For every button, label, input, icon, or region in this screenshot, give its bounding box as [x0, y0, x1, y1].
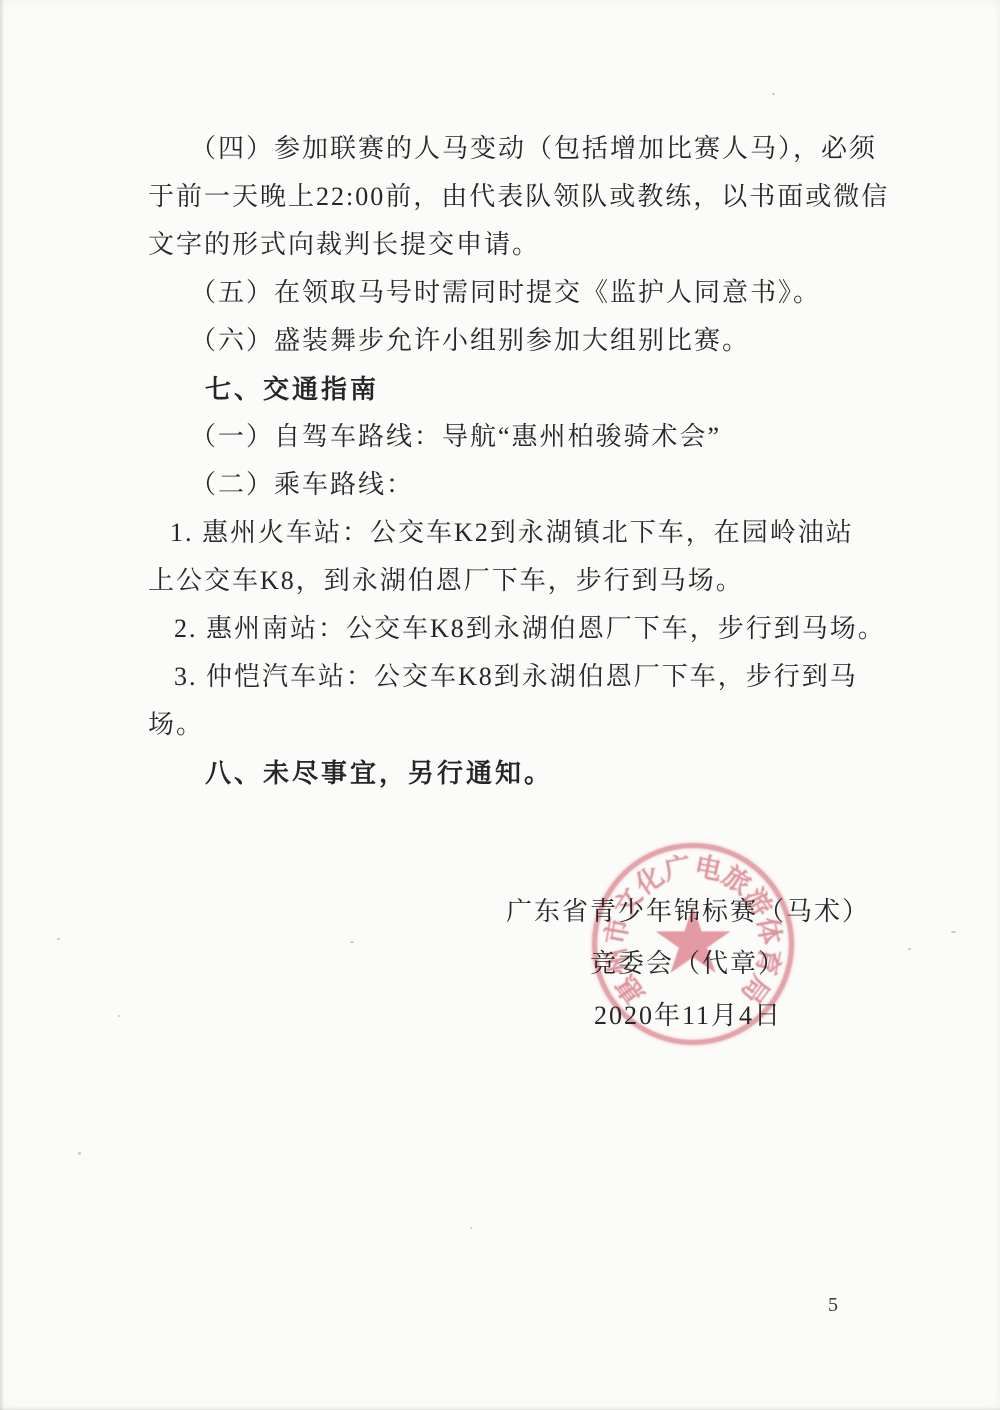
text-line: （二）乘车路线：: [148, 461, 878, 509]
seal-arc-char: 广: [660, 850, 696, 887]
scan-noise: [470, 1227, 472, 1229]
scan-noise: [118, 1015, 120, 1017]
signature-org-line: 广东省青少年锦标赛（马术）: [488, 886, 888, 938]
text-line: 2. 惠州南站：公交车K8到永湖伯恩厂下车，步行到马场。: [148, 605, 878, 653]
document-page: （四）参加联赛的人马变动（包括增加比赛人马），必须于前一天晚上22:00前，由代…: [0, 0, 1000, 1410]
scan-noise: [350, 941, 354, 943]
scan-noise: [78, 1152, 81, 1155]
seal-arc-char: 电: [690, 850, 726, 887]
text-line: 1. 惠州火车站：公交车K2到永湖镇北下车，在园岭油站: [148, 509, 878, 557]
signature-committee-line: 竞委会（代章）: [488, 938, 888, 990]
page-number: 5: [828, 1294, 838, 1317]
text-line: （五）在领取马号时需同时提交《监护人同意书》。: [148, 269, 878, 317]
scan-edge-shadow: [0, 0, 4, 1410]
scan-noise: [908, 948, 911, 950]
text-line: 上公交车K8，到永湖伯恩厂下车，步行到马场。: [148, 557, 878, 605]
signature-block: 广东省青少年锦标赛（马术） 竞委会（代章） 2020年11月4日: [488, 886, 888, 1042]
scan-noise: [951, 931, 956, 933]
text-line: 3. 仲恺汽车站：公交车K8到永湖伯恩厂下车，步行到马: [148, 653, 878, 701]
text-line: （四）参加联赛的人马变动（包括增加比赛人马），必须: [148, 125, 878, 173]
heading-line: 七、交通指南: [148, 365, 878, 413]
scan-noise: [57, 938, 60, 940]
text-line: 场。: [148, 701, 878, 749]
scan-noise: [772, 93, 775, 95]
document-body: （四）参加联赛的人马变动（包括增加比赛人马），必须于前一天晚上22:00前，由代…: [148, 125, 878, 797]
text-line: （六）盛装舞步允许小组别参加大组别比赛。: [148, 317, 878, 365]
text-line: （一）自驾车路线：导航“惠州柏骏骑术会”: [148, 413, 878, 461]
heading-line: 八、未尽事宜，另行通知。: [148, 749, 878, 797]
text-line: 于前一天晚上22:00前，由代表队领队或教练，以书面或微信: [148, 173, 878, 221]
signature-date: 2020年11月4日: [488, 990, 888, 1042]
text-line: 文字的形式向裁判长提交申请。: [148, 221, 878, 269]
